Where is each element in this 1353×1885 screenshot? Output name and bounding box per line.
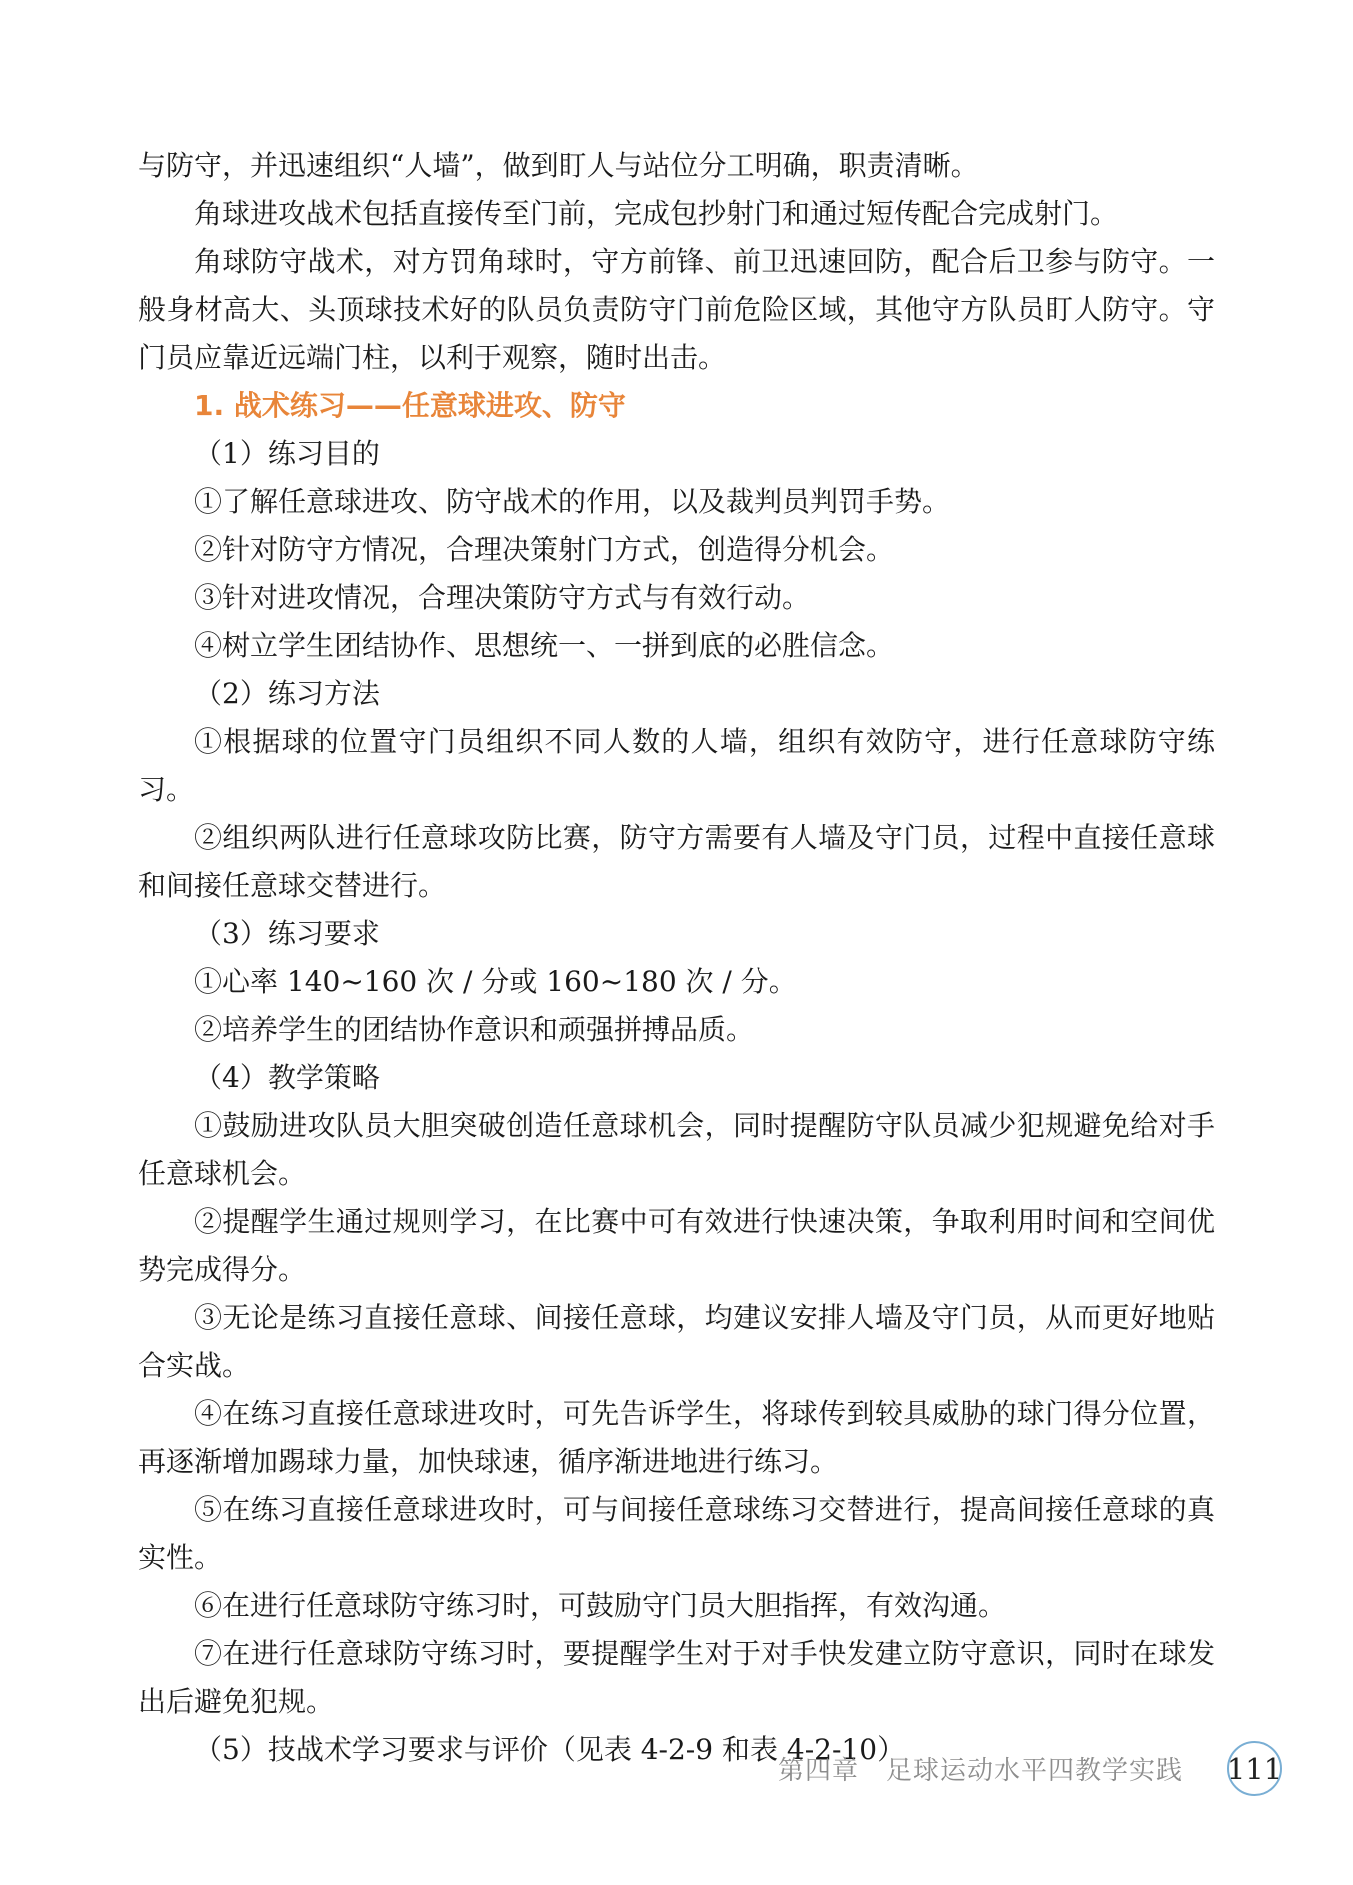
- paragraph: ③无论是练习直接任意球、间接任意球，均建议安排人墙及守门员，从而更好地贴合实战。: [138, 1294, 1215, 1390]
- book-page: 与防守，并迅速组织“人墙”，做到盯人与站位分工明确，职责清晰。角球进攻战术包括直…: [0, 0, 1353, 1885]
- footer-chapter-title: 第四章 足球运动水平四教学实践: [778, 1750, 1183, 1787]
- paragraph: ①心率 140~160 次 / 分或 160~180 次 / 分。: [138, 958, 1215, 1006]
- paragraph: ①根据球的位置守门员组织不同人数的人墙，组织有效防守，进行任意球防守练习。: [138, 718, 1215, 814]
- paragraph: （1）练习目的: [138, 430, 1215, 478]
- paragraph: ④树立学生团结协作、思想统一、一拼到底的必胜信念。: [138, 622, 1215, 670]
- paragraph: ③针对进攻情况，合理决策防守方式与有效行动。: [138, 574, 1215, 622]
- paragraph: 角球防守战术，对方罚角球时，守方前锋、前卫迅速回防，配合后卫参与防守。一般身材高…: [138, 238, 1215, 382]
- paragraph: （2）练习方法: [138, 670, 1215, 718]
- page-content: 与防守，并迅速组织“人墙”，做到盯人与站位分工明确，职责清晰。角球进攻战术包括直…: [138, 142, 1215, 1774]
- paragraph: ⑤在练习直接任意球进攻时，可与间接任意球练习交替进行，提高间接任意球的真实性。: [138, 1486, 1215, 1582]
- paragraph: 与防守，并迅速组织“人墙”，做到盯人与站位分工明确，职责清晰。: [138, 142, 1215, 190]
- paragraph: （4）教学策略: [138, 1054, 1215, 1102]
- paragraph: （3）练习要求: [138, 910, 1215, 958]
- paragraph: ②针对防守方情况，合理决策射门方式，创造得分机会。: [138, 526, 1215, 574]
- paragraph: ⑦在进行任意球防守练习时，要提醒学生对于对手快发建立防守意识，同时在球发出后避免…: [138, 1630, 1215, 1726]
- paragraph: 角球进攻战术包括直接传至门前，完成包抄射门和通过短传配合完成射门。: [138, 190, 1215, 238]
- page-number-badge: 111: [1227, 1741, 1282, 1796]
- page-footer: 第四章 足球运动水平四教学实践 111: [778, 1741, 1282, 1796]
- paragraph: ①了解任意球进攻、防守战术的作用，以及裁判员判罚手势。: [138, 478, 1215, 526]
- paragraph: ②提醒学生通过规则学习，在比赛中可有效进行快速决策，争取利用时间和空间优势完成得…: [138, 1198, 1215, 1294]
- paragraph: ④在练习直接任意球进攻时，可先告诉学生，将球传到较具威胁的球门得分位置，再逐渐增…: [138, 1390, 1215, 1486]
- section-heading: 1. 战术练习——任意球进攻、防守: [138, 382, 1215, 430]
- paragraph: ②培养学生的团结协作意识和顽强拼搏品质。: [138, 1006, 1215, 1054]
- paragraph: ①鼓励进攻队员大胆突破创造任意球机会，同时提醒防守队员减少犯规避免给对手任意球机…: [138, 1102, 1215, 1198]
- paragraph: ⑥在进行任意球防守练习时，可鼓励守门员大胆指挥，有效沟通。: [138, 1582, 1215, 1630]
- page-number: 111: [1227, 1752, 1282, 1786]
- paragraph: ②组织两队进行任意球攻防比赛，防守方需要有人墙及守门员，过程中直接任意球和间接任…: [138, 814, 1215, 910]
